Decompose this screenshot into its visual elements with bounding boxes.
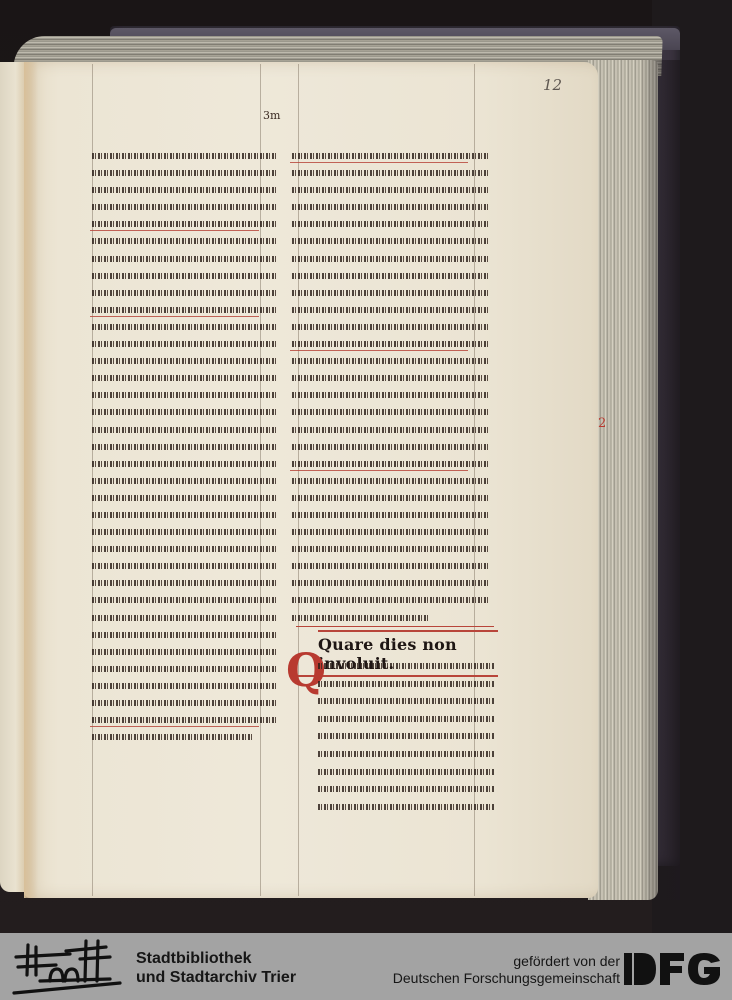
script-line xyxy=(292,340,488,348)
script-line xyxy=(92,631,278,639)
verso-page-edge xyxy=(0,62,26,892)
funding-note: gefördert von der Deutschen Forschungsge… xyxy=(393,953,620,987)
script-line xyxy=(92,682,278,690)
script-line xyxy=(292,169,488,177)
script-line xyxy=(318,715,494,723)
script-line xyxy=(92,357,278,365)
script-line xyxy=(92,579,278,587)
script-line xyxy=(92,528,278,536)
script-line xyxy=(92,255,278,263)
script-line xyxy=(318,662,494,670)
script-line xyxy=(292,408,488,416)
institution-name: Stadtbibliothek und Stadtarchiv Trier xyxy=(136,949,296,987)
script-line xyxy=(292,323,488,331)
script-line xyxy=(92,169,278,177)
script-line xyxy=(292,255,488,263)
script-line xyxy=(292,511,488,519)
script-line xyxy=(92,203,278,211)
script-line xyxy=(92,152,278,160)
script-line xyxy=(292,186,488,194)
text-column-right xyxy=(292,152,488,631)
institution-line-2: und Stadtarchiv Trier xyxy=(136,968,296,987)
funding-line-1: gefördert von der xyxy=(393,953,620,970)
script-line xyxy=(92,665,278,673)
script-line xyxy=(292,374,488,382)
funding-line-2: Deutschen Forschungsgemeinschaft xyxy=(393,970,620,987)
script-line xyxy=(318,750,494,758)
script-line xyxy=(292,596,488,604)
script-line xyxy=(92,306,278,314)
script-line xyxy=(318,803,494,811)
script-line xyxy=(292,220,488,228)
script-line xyxy=(318,680,494,688)
script-line xyxy=(292,443,488,451)
script-line xyxy=(92,272,278,280)
script-line xyxy=(318,768,494,776)
script-line xyxy=(92,699,278,707)
script-line xyxy=(292,237,488,245)
script-line xyxy=(292,306,488,314)
gutter-stain xyxy=(24,62,38,898)
script-line xyxy=(92,374,278,382)
script-line xyxy=(292,545,488,553)
script-line xyxy=(92,733,252,741)
manuscript-scan: 12 3m 2 xyxy=(0,0,732,933)
margin-mark: 2 xyxy=(598,416,606,431)
script-line xyxy=(318,732,494,740)
script-line xyxy=(92,186,278,194)
decorated-initial: Q xyxy=(286,645,316,697)
script-line xyxy=(92,237,278,245)
script-line xyxy=(292,494,488,502)
script-line xyxy=(292,614,429,622)
script-line xyxy=(292,562,488,570)
script-line xyxy=(92,443,278,451)
script-line xyxy=(292,272,488,280)
rubric-rule xyxy=(296,626,494,627)
script-line xyxy=(92,614,278,622)
script-line xyxy=(292,152,488,160)
institution-line-1: Stadtbibliothek xyxy=(136,949,296,968)
script-line xyxy=(92,391,278,399)
text-column-left xyxy=(92,152,278,750)
script-line xyxy=(292,289,488,297)
script-line xyxy=(92,716,278,724)
text-column-right-lower xyxy=(318,662,494,820)
script-line xyxy=(318,697,494,705)
script-line xyxy=(92,323,278,331)
fore-edge-shadow xyxy=(640,60,680,900)
script-line xyxy=(318,785,494,793)
script-line xyxy=(92,511,278,519)
script-line xyxy=(292,391,488,399)
script-line xyxy=(92,596,278,604)
script-line xyxy=(292,357,488,365)
stadtbibliothek-logo-icon xyxy=(10,937,130,995)
script-line xyxy=(92,648,278,656)
script-line xyxy=(292,460,488,468)
script-line xyxy=(292,426,488,434)
script-line xyxy=(292,477,488,485)
script-line xyxy=(92,460,278,468)
footer-banner: Stadtbibliothek und Stadtarchiv Trier ge… xyxy=(0,933,732,1000)
script-line xyxy=(292,579,488,587)
folio-number: 12 xyxy=(543,76,562,94)
script-line xyxy=(292,528,488,536)
script-line xyxy=(92,289,278,297)
script-line xyxy=(92,426,278,434)
script-line xyxy=(292,203,488,211)
script-line xyxy=(92,477,278,485)
script-line xyxy=(92,340,278,348)
script-line xyxy=(92,408,278,416)
script-line xyxy=(92,545,278,553)
script-line xyxy=(92,494,278,502)
script-line xyxy=(92,562,278,570)
quire-mark: 3m xyxy=(263,109,280,122)
script-line xyxy=(92,220,278,228)
dfg-logo-icon xyxy=(624,951,724,987)
